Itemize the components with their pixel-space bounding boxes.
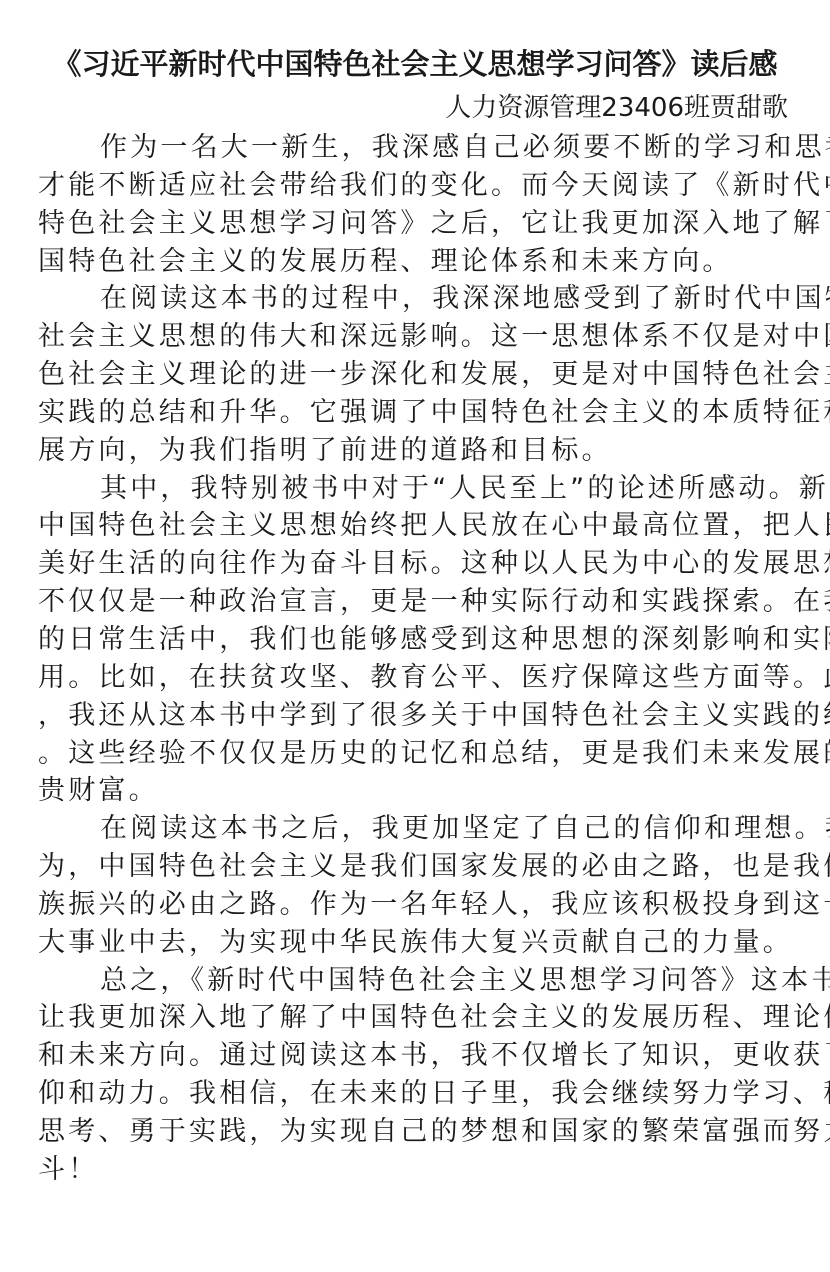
text-line: 展方向，为我们指明了前进的道路和目标。 — [38, 432, 798, 470]
text-line: 族振兴的必由之路。作为一名年轻人，我应该积极投身到这一伟 — [38, 886, 798, 924]
text-line: 。这些经验不仅仅是历史的记忆和总结，更是我们未来发展的宝 — [38, 735, 798, 773]
paragraph-1: 作为一名大一新生，我深感自己必须要不断的学习和思考， 才能不断适应社会带给我们的… — [38, 129, 798, 280]
document-body: 作为一名大一新生，我深感自己必须要不断的学习和思考， 才能不断适应社会带给我们的… — [38, 129, 798, 1189]
paragraph-3: 其中，我特别被书中对于“人民至上”的论述所感动。新时代 中国特色社会主义思想始终… — [38, 470, 798, 811]
text-line: 用。比如，在扶贫攻坚、教育公平、医疗保障这些方面等。此外 — [38, 659, 798, 697]
text-line: 在阅读这本书的过程中，我深深地感受到了新时代中国特色 — [38, 280, 798, 318]
text-line: 和未来方向。通过阅读这本书，我不仅增长了知识，更收获了信 — [38, 1037, 798, 1075]
text-line: 其中，我特别被书中对于“人民至上”的论述所感动。新时代 — [38, 470, 798, 508]
text-line: 仰和动力。我相信，在未来的日子里，我会继续努力学习、积极 — [38, 1075, 798, 1113]
text-line: 国特色社会主义的发展历程、理论体系和未来方向。 — [38, 243, 798, 281]
text-line: 作为一名大一新生，我深感自己必须要不断的学习和思考， — [38, 129, 798, 167]
author-line: 人力资源管理23406班贾甜歌 — [445, 89, 788, 127]
text-line: 色社会主义理论的进一步深化和发展，更是对中国特色社会主义 — [38, 356, 798, 394]
text-line: 大事业中去，为实现中华民族伟大复兴贡献自己的力量。 — [38, 924, 798, 962]
paragraph-2: 在阅读这本书的过程中，我深深地感受到了新时代中国特色 社会主义思想的伟大和深远影… — [38, 280, 798, 469]
text-line: 不仅仅是一种政治宣言，更是一种实际行动和实践探索。在我们 — [38, 583, 798, 621]
text-line: 才能不断适应社会带给我们的变化。而今天阅读了《新时代中国 — [38, 167, 798, 205]
text-line: 中国特色社会主义思想始终把人民放在心中最高位置，把人民对 — [38, 507, 798, 545]
text-line: 贵财富。 — [38, 772, 798, 810]
text-line: ，我还从这本书中学到了很多关于中国特色社会主义实践的经验 — [38, 697, 798, 735]
paragraph-4: 在阅读这本书之后，我更加坚定了自己的信仰和理想。我认 为，中国特色社会主义是我们… — [38, 810, 798, 961]
text-line: 让我更加深入地了解了中国特色社会主义的发展历程、理论体系 — [38, 999, 798, 1037]
document-title: 《习近平新时代中国特色社会主义思想学习问答》读后感 — [0, 44, 830, 84]
paragraph-5: 总之，《新时代中国特色社会主义思想学习问答》这本书它 让我更加深入地了解了中国特… — [38, 962, 798, 1189]
text-line: 为，中国特色社会主义是我们国家发展的必由之路，也是我们民 — [38, 848, 798, 886]
text-line: 思考、勇于实践，为实现自己的梦想和国家的繁荣富强而努力奋 — [38, 1113, 798, 1151]
text-line: 的日常生活中，我们也能够感受到这种思想的深刻影响和实际作 — [38, 621, 798, 659]
text-line: 实践的总结和升华。它强调了中国特色社会主义的本质特征和发 — [38, 394, 798, 432]
text-line: 美好生活的向往作为奋斗目标。这种以人民为中心的发展思想， — [38, 545, 798, 583]
text-line: 总之，《新时代中国特色社会主义思想学习问答》这本书它 — [38, 962, 798, 1000]
text-line: 在阅读这本书之后，我更加坚定了自己的信仰和理想。我认 — [38, 810, 798, 848]
text-line: 特色社会主义思想学习问答》之后，它让我更加深入地了解了中 — [38, 205, 798, 243]
text-line: 斗！ — [38, 1151, 798, 1189]
text-line: 社会主义思想的伟大和深远影响。这一思想体系不仅是对中国特 — [38, 318, 798, 356]
